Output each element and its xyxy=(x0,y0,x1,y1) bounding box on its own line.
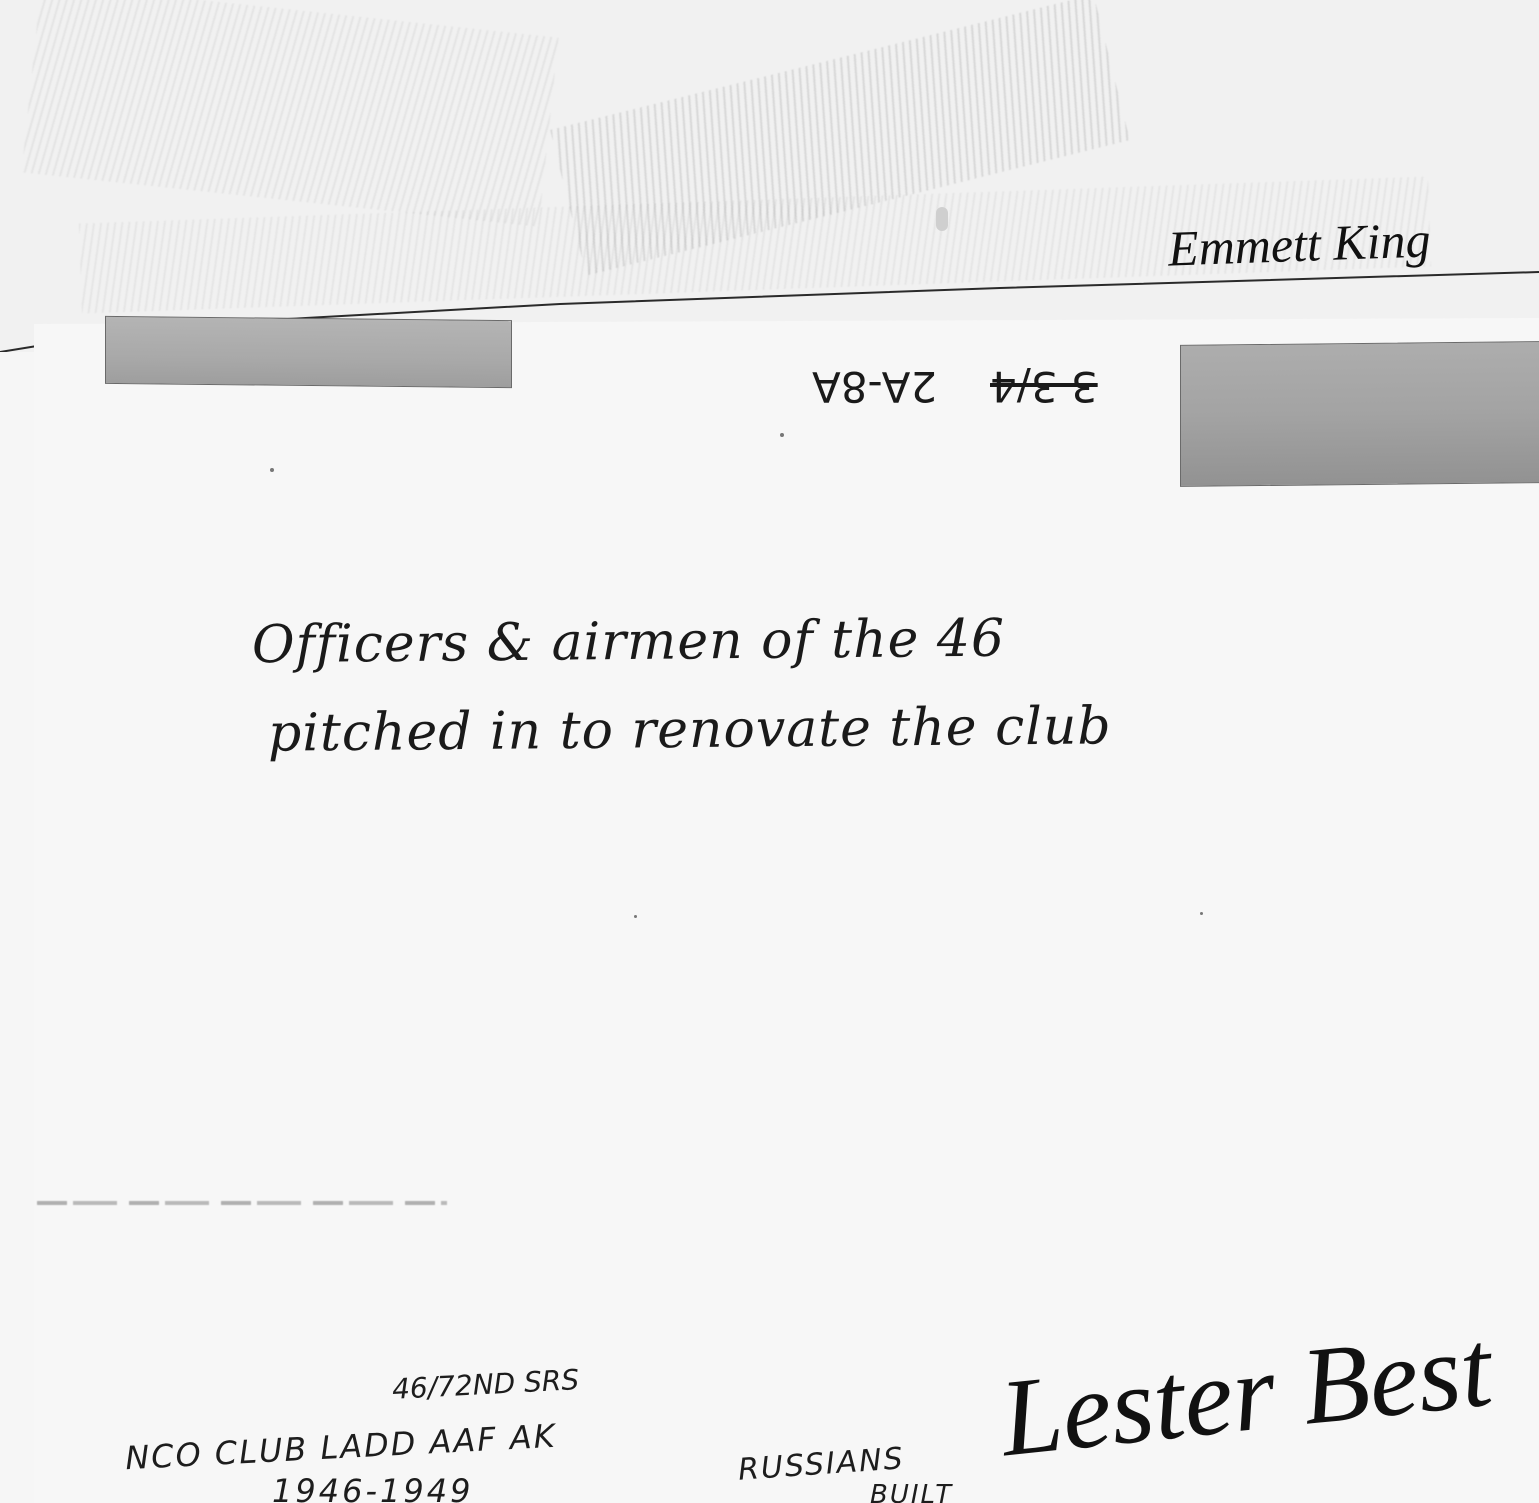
speck xyxy=(780,433,784,437)
speck xyxy=(634,915,637,918)
left-margin xyxy=(0,352,35,1503)
tape-strip-right xyxy=(1180,341,1539,487)
faint-dashed-line xyxy=(37,1201,447,1205)
years-label: 1946-1949 xyxy=(272,1472,473,1503)
caption-line-2: pitched in to renovate the club xyxy=(268,696,1112,763)
speck xyxy=(270,468,274,472)
note-built: BUILT xyxy=(870,1480,953,1503)
tape-strip-left xyxy=(105,316,512,388)
signature-emmett-king: Emmett King xyxy=(1167,210,1431,277)
pin-hole xyxy=(936,207,948,231)
speck xyxy=(1200,912,1203,915)
reference-code-struck: 3 3/4 xyxy=(990,362,1098,411)
reference-code: 2A-8A xyxy=(812,362,937,411)
bleed-through-text xyxy=(21,0,558,227)
back-sheet: Emmett King xyxy=(0,0,1539,352)
caption-line-1: Officers & airmen of the 46 xyxy=(252,609,1006,676)
